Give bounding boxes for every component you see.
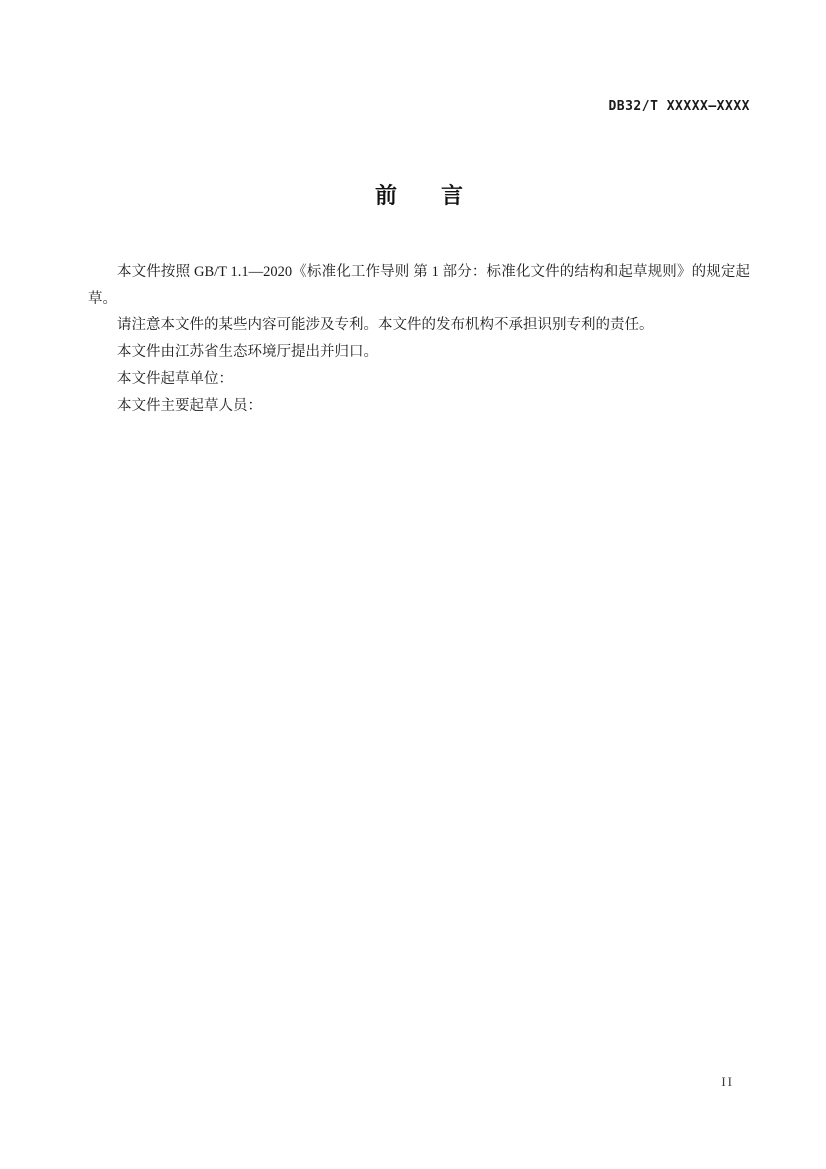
page-number: II [721,1074,734,1090]
document-page: DB32/T XXXXX—XXXX 前 言 本文件按照 GB/T 1.1—202… [0,0,826,1169]
foreword-body: 本文件按照 GB/T 1.1—2020《标准化工作导则 第 1 部分：标准化文件… [88,259,750,419]
foreword-title: 前 言 [88,183,750,209]
paragraph-proposing-body: 本文件由江苏省生态环境厅提出并归口。 [88,339,750,366]
paragraph-main-drafters: 本文件主要起草人员： [88,393,750,420]
standard-doc-code: DB32/T XXXXX—XXXX [608,99,750,114]
paragraph-drafting-rules: 本文件按照 GB/T 1.1—2020《标准化工作导则 第 1 部分：标准化文件… [88,259,750,312]
paragraph-drafting-organizations: 本文件起草单位： [88,366,750,393]
paragraph-patent-notice: 请注意本文件的某些内容可能涉及专利。本文件的发布机构不承担识别专利的责任。 [88,312,750,339]
